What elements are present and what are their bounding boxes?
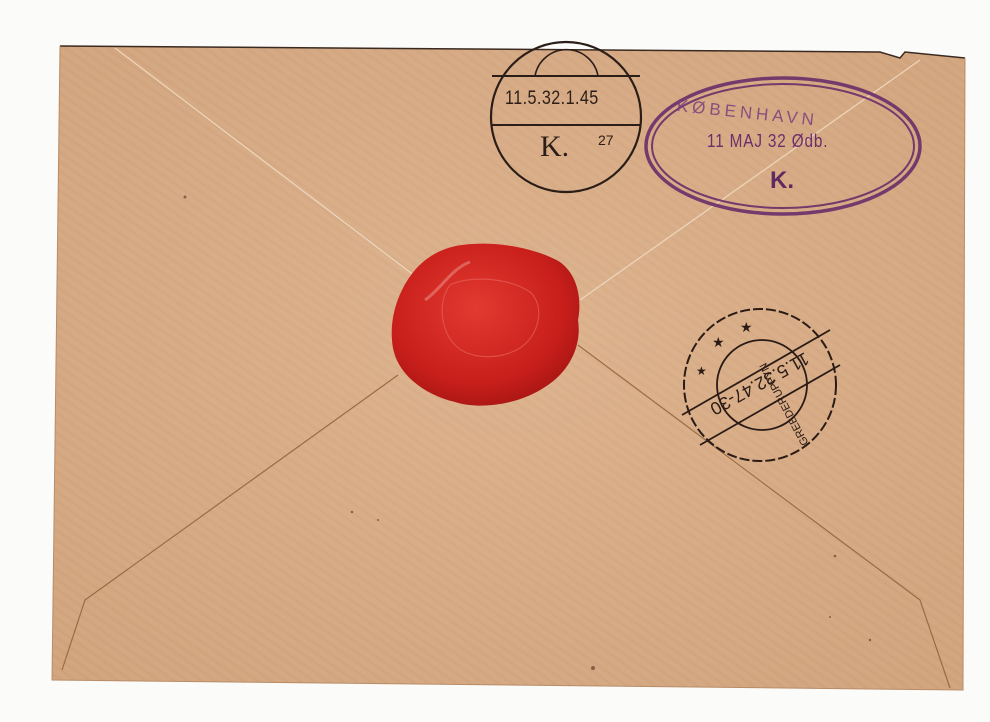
postmark-top-center-date: 11.5.32.1.45 — [505, 88, 599, 110]
svg-text:★: ★ — [712, 335, 725, 351]
wax-seal — [392, 244, 580, 406]
postmark-top-center-office: K. — [540, 130, 569, 164]
envelope-back: ★ ★ ★ — [0, 0, 990, 722]
postmark-oval-office: K. — [770, 167, 794, 195]
postmark-oval-date: 11 MAJ 32 Ødb. — [707, 131, 828, 152]
postmark-top-center-number: 27 — [598, 132, 614, 148]
svg-text:★: ★ — [740, 320, 753, 336]
svg-text:★: ★ — [696, 364, 707, 378]
